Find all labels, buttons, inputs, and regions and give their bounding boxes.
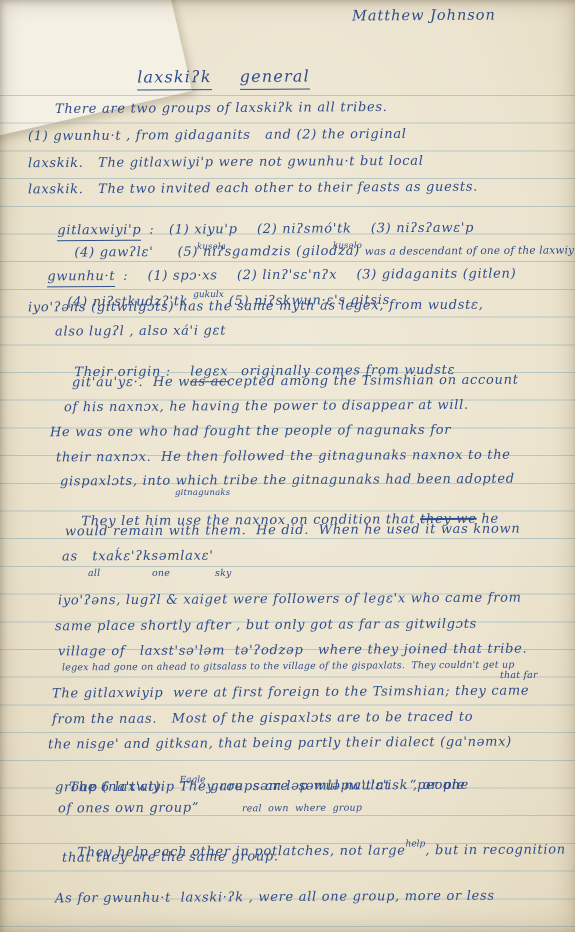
interlinear-annotation: gitnagunaks [175, 488, 230, 498]
gloss-line: real own where group [242, 803, 362, 815]
handwritten-line: git'áu'yɛ·. He was accepted among the Ts… [72, 373, 519, 391]
handwritten-line: As for gwunhu·t laxski·ʔk , were all one… [55, 889, 495, 907]
inserted-word: help [406, 839, 426, 849]
handwritten-line: (1) gwunhu·t , from gidaganits and (2) t… [28, 127, 407, 144]
handwritten-line: same place shortly after , but only got … [55, 617, 477, 635]
handwritten-line: There are two groups of laxskiʔk in all … [55, 100, 388, 117]
handwritten-line: of ones own group” [58, 801, 199, 817]
handwritten-line: would remain with them. He did. When he … [65, 522, 520, 540]
notebook-page: Matthew Johnson laxskiʔkgeneral There ar… [0, 0, 575, 932]
handwritten-line: He was one who had fought the people of … [50, 423, 451, 440]
handwritten-line: group (na't'at). They are səm ləp wul na… [55, 778, 465, 796]
handwritten-line: laxskik. The two invited each other to t… [28, 180, 478, 198]
handwritten-line: the nisge' and gitksan, that being partl… [48, 735, 512, 753]
gloss-word: one [152, 568, 170, 579]
handwritten-line: iyo'ʔəns, lugʔl & xaiget were followers … [58, 591, 522, 609]
handwritten-line: from the naas. Most of the gispaxlɔts ar… [52, 710, 473, 728]
marginal-note: that far [500, 670, 538, 681]
handwritten-line: gispaxlɔts, into which tribe the gitnagu… [60, 472, 515, 490]
interlinear-annotation: kusəlo [333, 241, 362, 251]
handwritten-line: The gitlaxwiyip were at first foreign to… [52, 684, 529, 702]
handwritten-line: iyo'ʔəns (gitwilgɔts) has the same myth … [28, 298, 484, 316]
author-signature: Matthew Johnson [352, 8, 496, 25]
page-title: laxskiʔkgeneral [112, 47, 338, 105]
handwritten-line: their naxnɔx. He then followed the gitna… [56, 448, 511, 466]
gloss-word: all [88, 568, 100, 579]
handwritten-line: that they are the same group. [62, 849, 279, 865]
gloss-word: sky [215, 568, 232, 579]
title-word-2: general [240, 66, 310, 89]
handwritten-line: laxskik. The gitlaxwiyi'p were not gwunh… [28, 154, 424, 171]
handwritten-line: as txaḱɛ'ʔksəmlaxɛ' [62, 549, 214, 565]
text-segment: , but in recognition [425, 842, 566, 858]
handwritten-line: of his naxnɔx, he having the power to di… [64, 398, 469, 415]
title-word-1: laxskiʔk [137, 67, 212, 90]
interlinear-annotation: kusəla [197, 242, 226, 252]
handwritten-line: also lugʔl , also xá'i gɛt [55, 323, 226, 339]
handwritten-line: village of laxst'sə'ləm tə'ʔodzəp where … [58, 642, 527, 660]
